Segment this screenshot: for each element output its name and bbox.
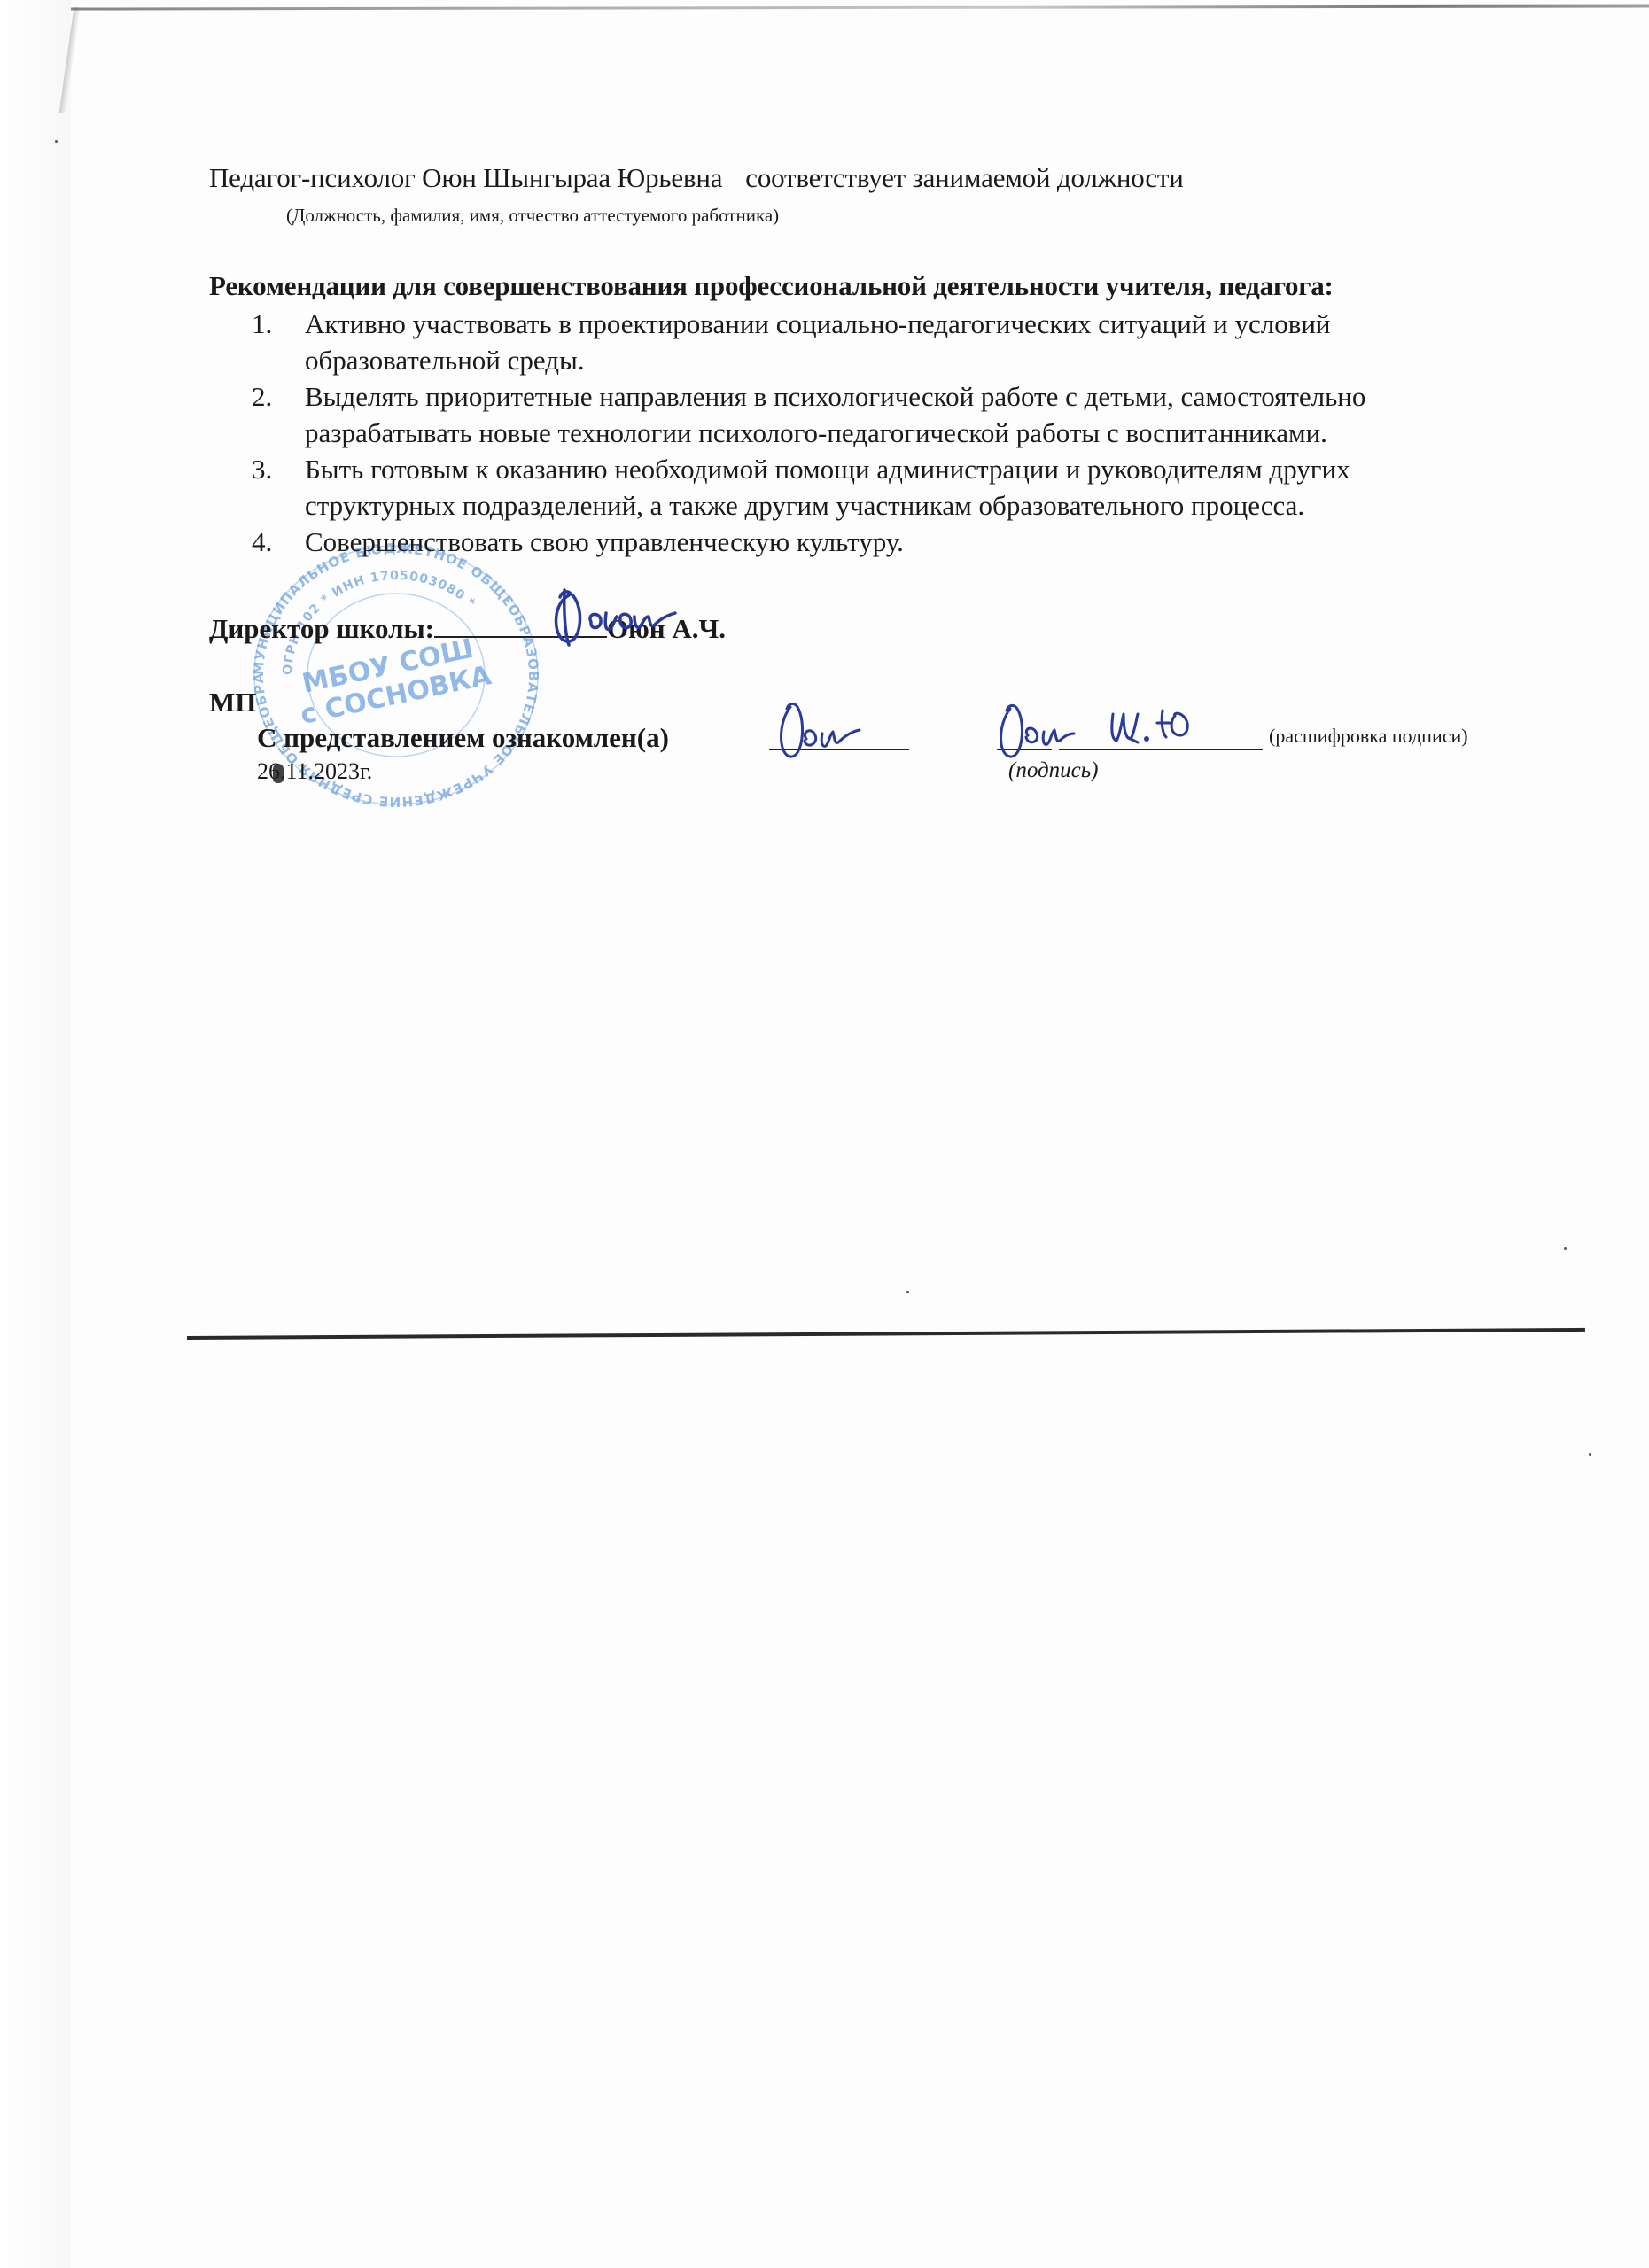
recommendation-text: Быть готовым к оказанию необходимой помо…	[305, 451, 1591, 487]
recommendation-text: Совершенствовать свою управленческую кул…	[305, 524, 1591, 560]
recommendation-text: образовательной среды.	[305, 342, 1591, 378]
employee-position-name: Педагог-психолог Оюн Шынгыраа Юрьевна	[209, 162, 722, 193]
recommendation-text: разрабатывать новые технологии психолого…	[305, 415, 1591, 451]
signature-decode-caption: (расшифровка подписи)	[1269, 725, 1468, 748]
recommendation-number: 3.	[252, 451, 272, 487]
recommendation-text: структурных подразделений, а также други…	[305, 487, 1591, 524]
date-correction-mark	[273, 764, 284, 783]
employee-handwritten-signature	[771, 700, 895, 762]
recommendations-heading: Рекомендации для совершенствования профе…	[209, 270, 1334, 302]
seal-place-label: МП	[209, 687, 256, 718]
director-signature-row: Директор школы:Оюн А.Ч.	[209, 611, 726, 645]
attestation-verdict: соответствует занимаемой должности	[745, 162, 1183, 193]
recommendations-list: 1. Активно участвовать в проектировании …	[209, 306, 1591, 560]
signature-decode-line	[1059, 749, 1263, 750]
director-name: Оюн А.Ч.	[607, 613, 726, 644]
scan-speck	[906, 1291, 909, 1293]
employee-line: Педагог-психолог Оюн Шынгыраа Юрьевнасоо…	[209, 162, 1184, 194]
recommendation-item: 4. Совершенствовать свою управленческую …	[209, 524, 1591, 560]
recommendation-item: 2. Выделять приоритетные направления в п…	[209, 378, 1591, 451]
scan-speck	[55, 140, 58, 143]
scan-speck	[1589, 1453, 1591, 1456]
recommendation-item: 1. Активно участвовать в проектировании …	[209, 306, 1591, 378]
recommendation-number: 2.	[252, 378, 272, 415]
employee-caption: (Должность, фамилия, имя, отчество аттес…	[286, 205, 779, 227]
document-page: МУНИЦИПАЛЬНОЕ БЮДЖЕТНОЕ ОБЩЕОБРАЗОВАТЕЛЬ…	[0, 0, 1649, 2268]
recommendation-item: 3. Быть готовым к оказанию необходимой п…	[209, 451, 1591, 524]
director-label: Директор школы:	[209, 613, 434, 644]
recommendation-number: 4.	[252, 524, 272, 560]
signature-caption: (подпись)	[1008, 758, 1098, 783]
acknowledgement-signature-line	[769, 749, 909, 750]
recommendation-text: Активно участвовать в проектировании соц…	[305, 306, 1591, 342]
acknowledgement-label: С представлением ознакомлен(а)	[257, 722, 669, 754]
recommendation-text: Выделять приоритетные направления в псих…	[305, 378, 1591, 415]
seal-center-line2: с СОСНОВКА	[298, 660, 494, 731]
employee-signature-line	[997, 749, 1052, 750]
recommendation-number: 1.	[252, 306, 272, 342]
signature-decode-handwriting	[992, 702, 1249, 760]
horizontal-rule	[187, 1328, 1585, 1340]
scan-speck	[1564, 1247, 1567, 1250]
director-signature-line	[434, 611, 607, 638]
